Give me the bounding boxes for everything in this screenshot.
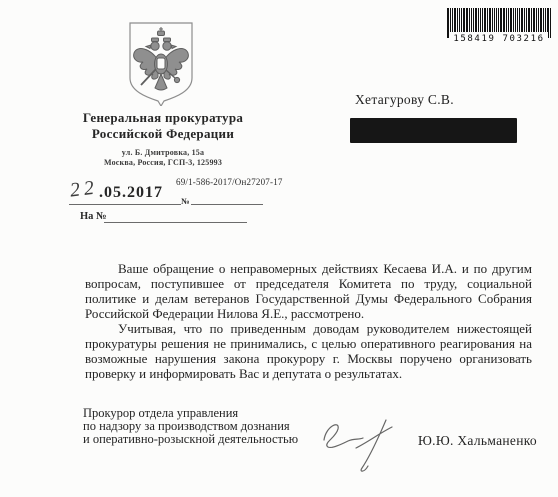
coat-of-arms-icon [126,20,196,106]
reply-to-underline [104,222,247,223]
number-underline [191,204,263,205]
org-address-line1: ул. Б. Дмитровка, 15а [58,148,268,158]
org-address-line2: Москва, Россия, ГСП-3, 125993 [58,158,268,168]
redacted-address-block [350,118,517,143]
reply-to-label: На № [80,211,107,222]
handwritten-day: 22 [69,176,100,202]
org-address: ул. Б. Дмитровка, 15а Москва, Россия, ГС… [58,148,268,167]
body-line: возможные нарушения закона прокурору г. … [85,351,532,366]
signer-name: Ю.Ю. Хальманенко [418,433,537,449]
org-name-line1: Генеральная прокуратура [58,110,268,126]
date-underline [69,204,181,205]
org-name-line2: Российской Федерации [58,126,268,142]
date-printed: .05.2017 [99,184,163,202]
recipient-name: Хетагурову С.В. [355,92,454,108]
scanned-letter-page: Генеральная прокуратура Российской Федер… [0,0,558,497]
body-line: вопросам, поступившее от председателя Ко… [85,276,532,291]
body-line: прокуратуры решения не принимались, с це… [85,336,532,351]
signer-title-line: и оперативно-розыскной деятельностью [83,433,353,446]
number-sign: № [181,196,190,206]
body-line: Ваше обращение о неправомерных действиях… [85,261,532,276]
body-line: политике и делам ветеранов Государственн… [85,291,532,306]
barcode-digits: 158419 703216 [450,32,548,46]
postal-barcode-icon: 158419 703216 [447,8,551,48]
body-line: Российской Федерации Нилова Я.Е., рассмо… [85,306,532,321]
body-line: проверку и информировать Вас и депутата … [85,366,532,381]
signer-title: Прокурор отдела управленияпо надзору за … [83,407,353,447]
handwritten-signature-icon [316,416,400,474]
outgoing-number: 69/1-586-2017/Он27207-17 [176,177,283,187]
body-line: Учитывая, что по приведенным доводам рук… [85,321,532,336]
letter-body: Ваше обращение о неправомерных действиях… [85,261,532,381]
org-name: Генеральная прокуратура Российской Федер… [58,110,268,141]
